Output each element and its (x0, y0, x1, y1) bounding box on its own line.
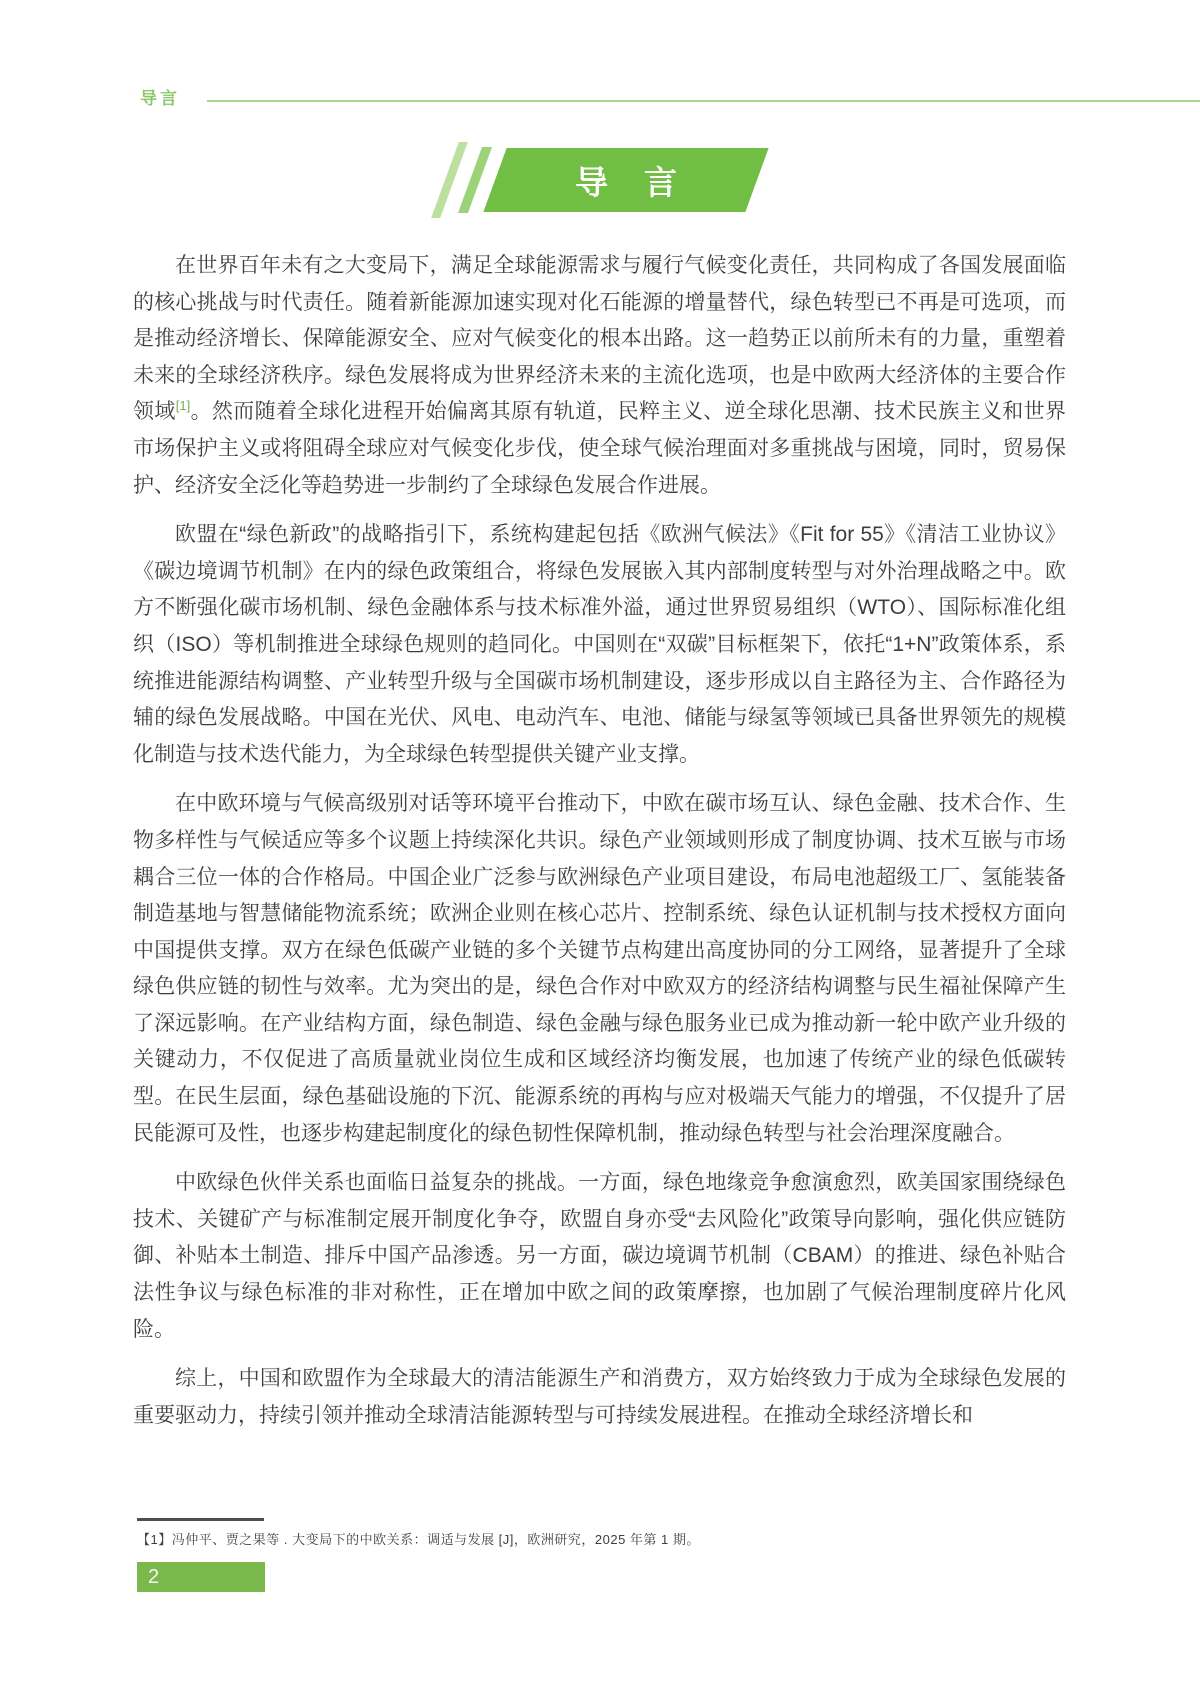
body-text-block: 在世界百年未有之大变局下，满足全球能源需求与履行气候变化责任，共同构成了各国发展… (133, 248, 1066, 1447)
section-title: 导言 (495, 148, 757, 212)
paragraph-1-text-before: 在世界百年未有之大变局下，满足全球能源需求与履行气候变化责任，共同构成了各国发展… (133, 254, 1066, 423)
page-number-badge: 2 (137, 1562, 265, 1592)
paragraph-5: 综上，中国和欧盟作为全球最大的清洁能源生产和消费方，双方始终致力于成为全球绿色发… (133, 1361, 1066, 1434)
footnote-ref-1: [1] (176, 398, 190, 413)
section-banner: 导言 (425, 148, 755, 212)
header-rule (207, 100, 1200, 102)
footnote-text: 【1】冯仲平、贾之果等 . 大变局下的中欧关系：调适与发展 [J]，欧洲研究，2… (137, 1529, 1037, 1548)
paragraph-3: 在中欧环境与气候高级别对话等环境平台推动下，中欧在碳市场互认、绿色金融、技术合作… (133, 786, 1066, 1152)
footnote-divider (137, 1518, 264, 1521)
paragraph-4: 中欧绿色伙伴关系也面临日益复杂的挑战。一方面，绿色地缘竞争愈演愈烈，欧美国家围绕… (133, 1165, 1066, 1348)
running-header-label: 导言 (140, 84, 180, 109)
paragraph-1: 在世界百年未有之大变局下，满足全球能源需求与履行气候变化责任，共同构成了各国发展… (133, 248, 1066, 504)
paragraph-2: 欧盟在“绿色新政”的战略指引下，系统构建起包括《欧洲气候法》《Fit for 5… (133, 517, 1066, 773)
paragraph-1-text-after: 。然而随着全球化进程开始偏离其原有轨道，民粹主义、逆全球化思潮、技术民族主义和世… (133, 400, 1066, 496)
report-page: 导言 导言 在世界百年未有之大变局下，满足全球能源需求与履行气候变化责任，共同构… (0, 0, 1200, 1698)
page-number: 2 (148, 1566, 159, 1589)
